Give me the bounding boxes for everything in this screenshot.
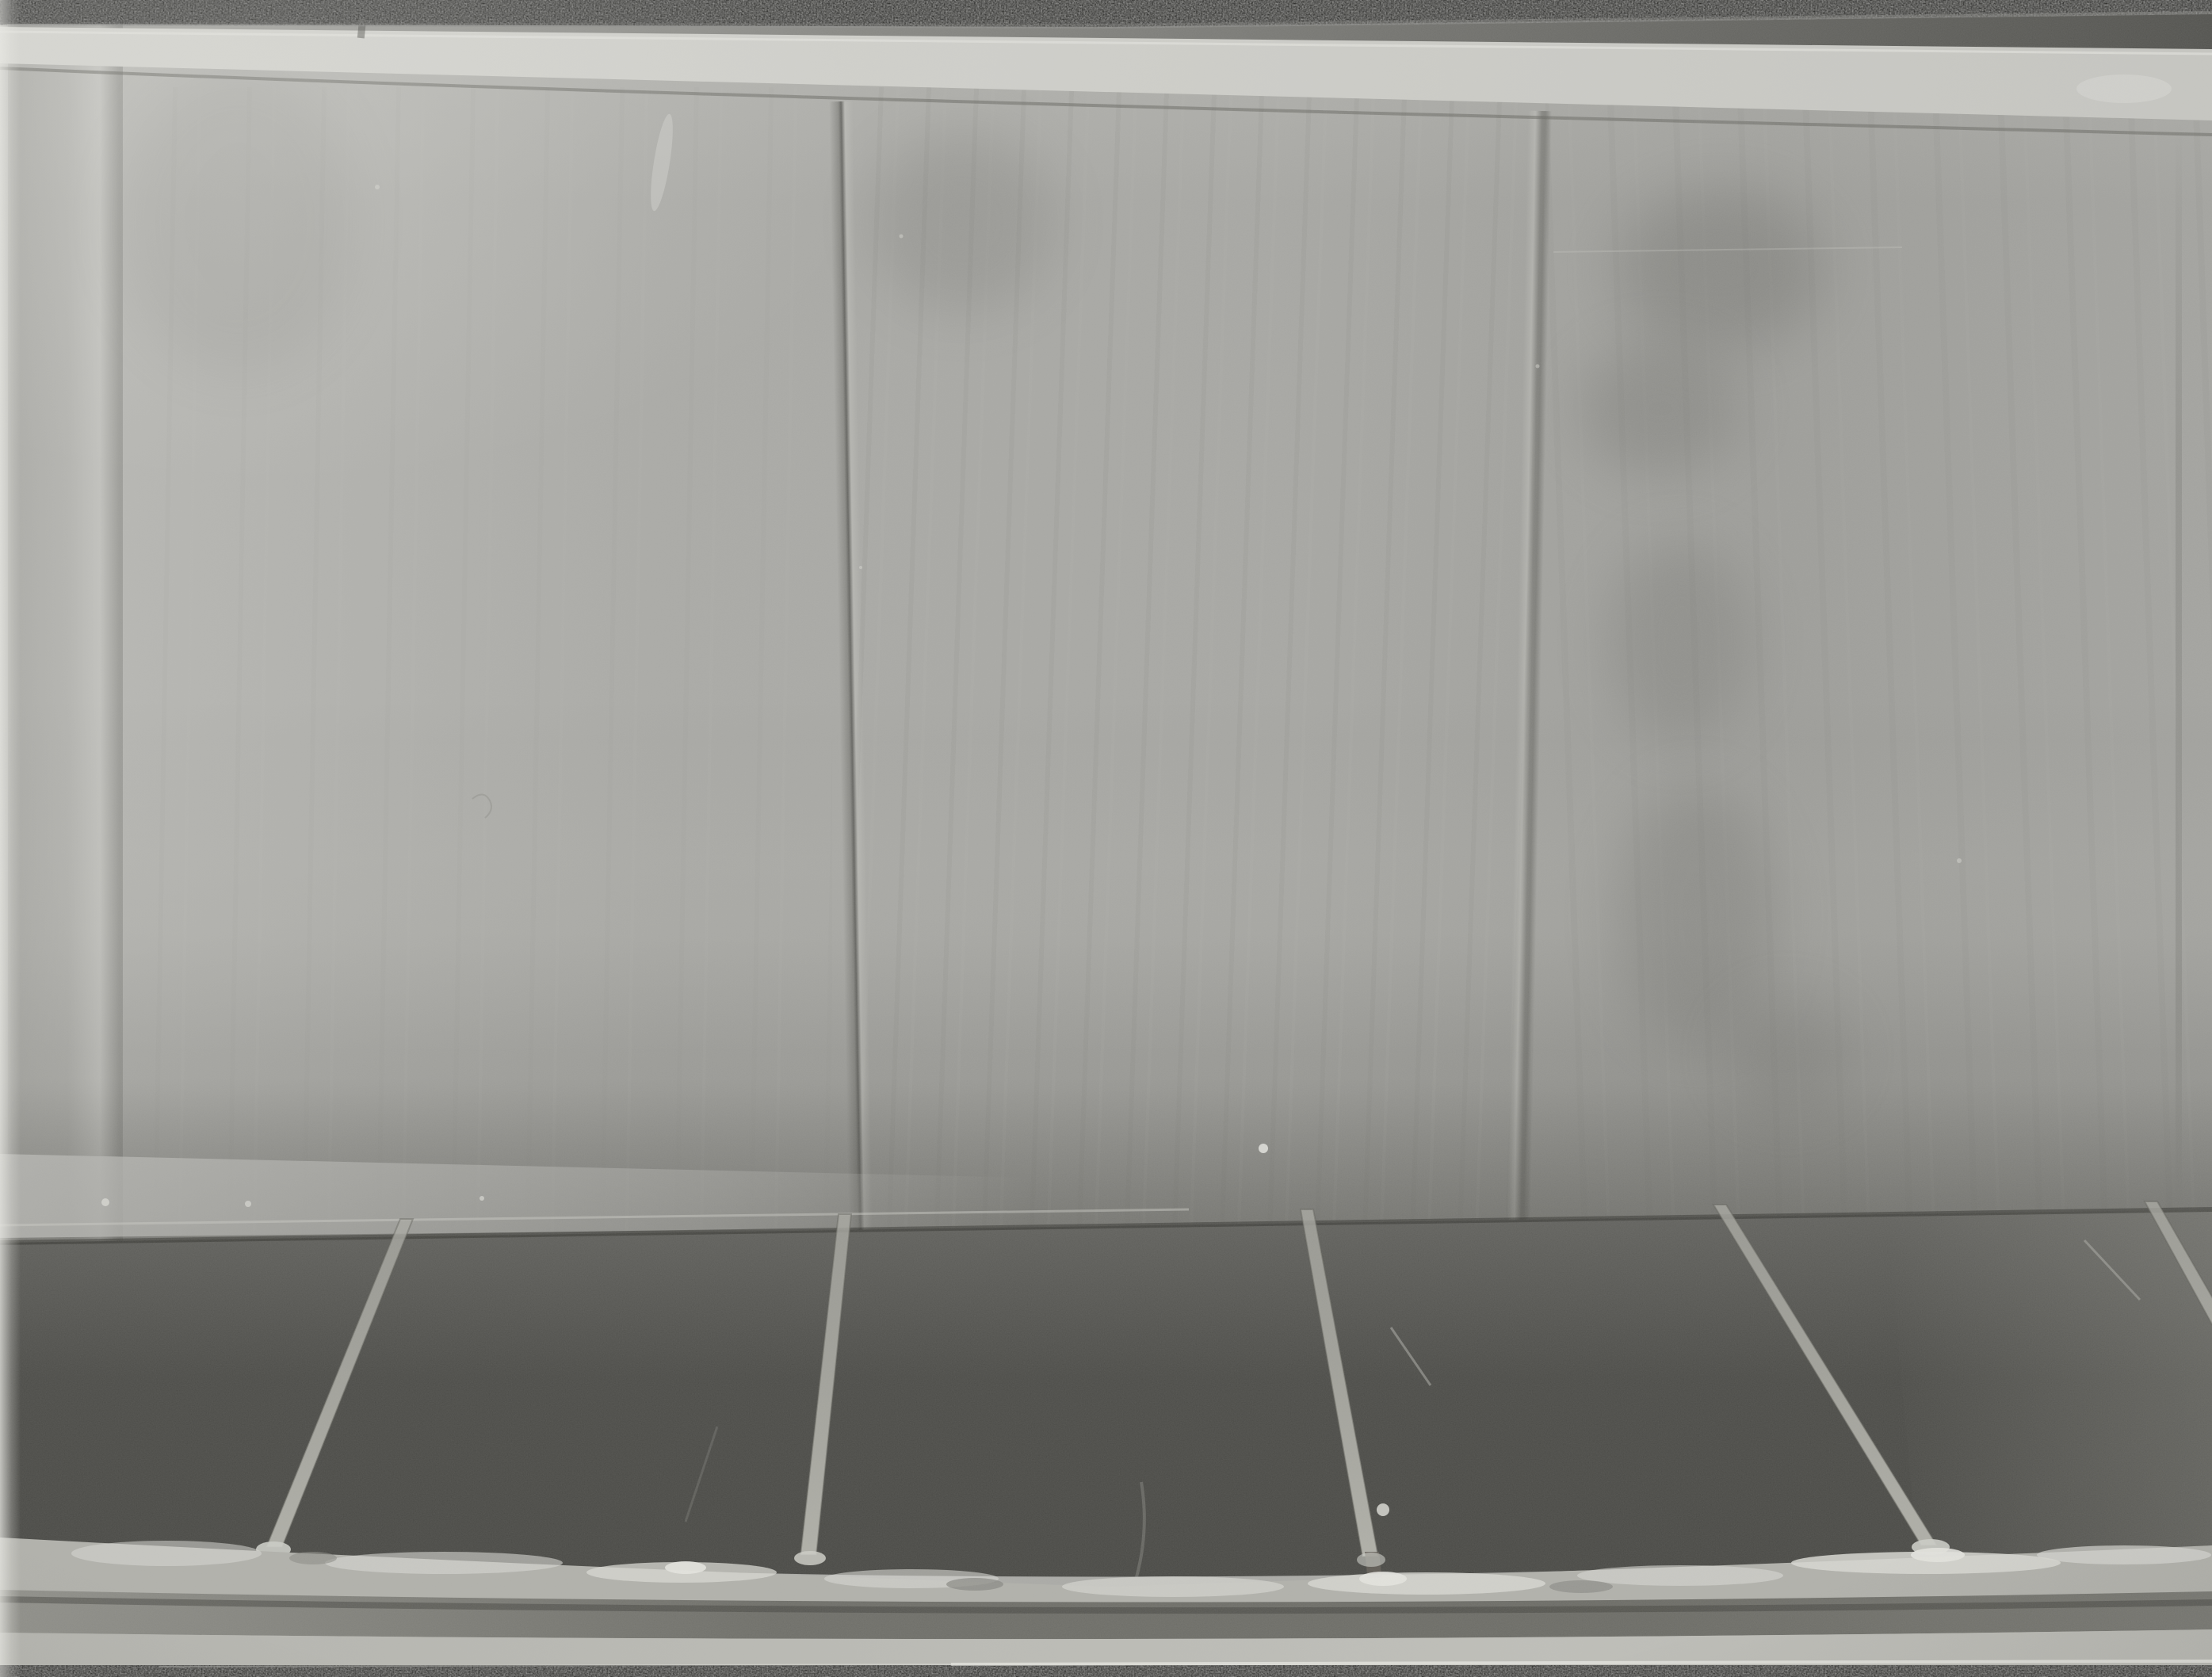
shelf-right-lift	[1886, 1209, 2212, 1560]
divider-chip	[1357, 1553, 1385, 1567]
paint-chip	[646, 113, 677, 212]
rail-bright-spot	[2076, 74, 2172, 103]
top-frame	[0, 0, 2212, 212]
divider-chip	[794, 1551, 826, 1565]
scratch-mark	[1553, 247, 1902, 252]
photo-left-edge-highlight	[0, 0, 21, 1677]
photograph	[0, 0, 2212, 1677]
shelf-unit	[0, 1078, 2212, 1677]
photo-detail-layer	[0, 0, 2212, 1677]
scratch-mark	[472, 794, 491, 818]
